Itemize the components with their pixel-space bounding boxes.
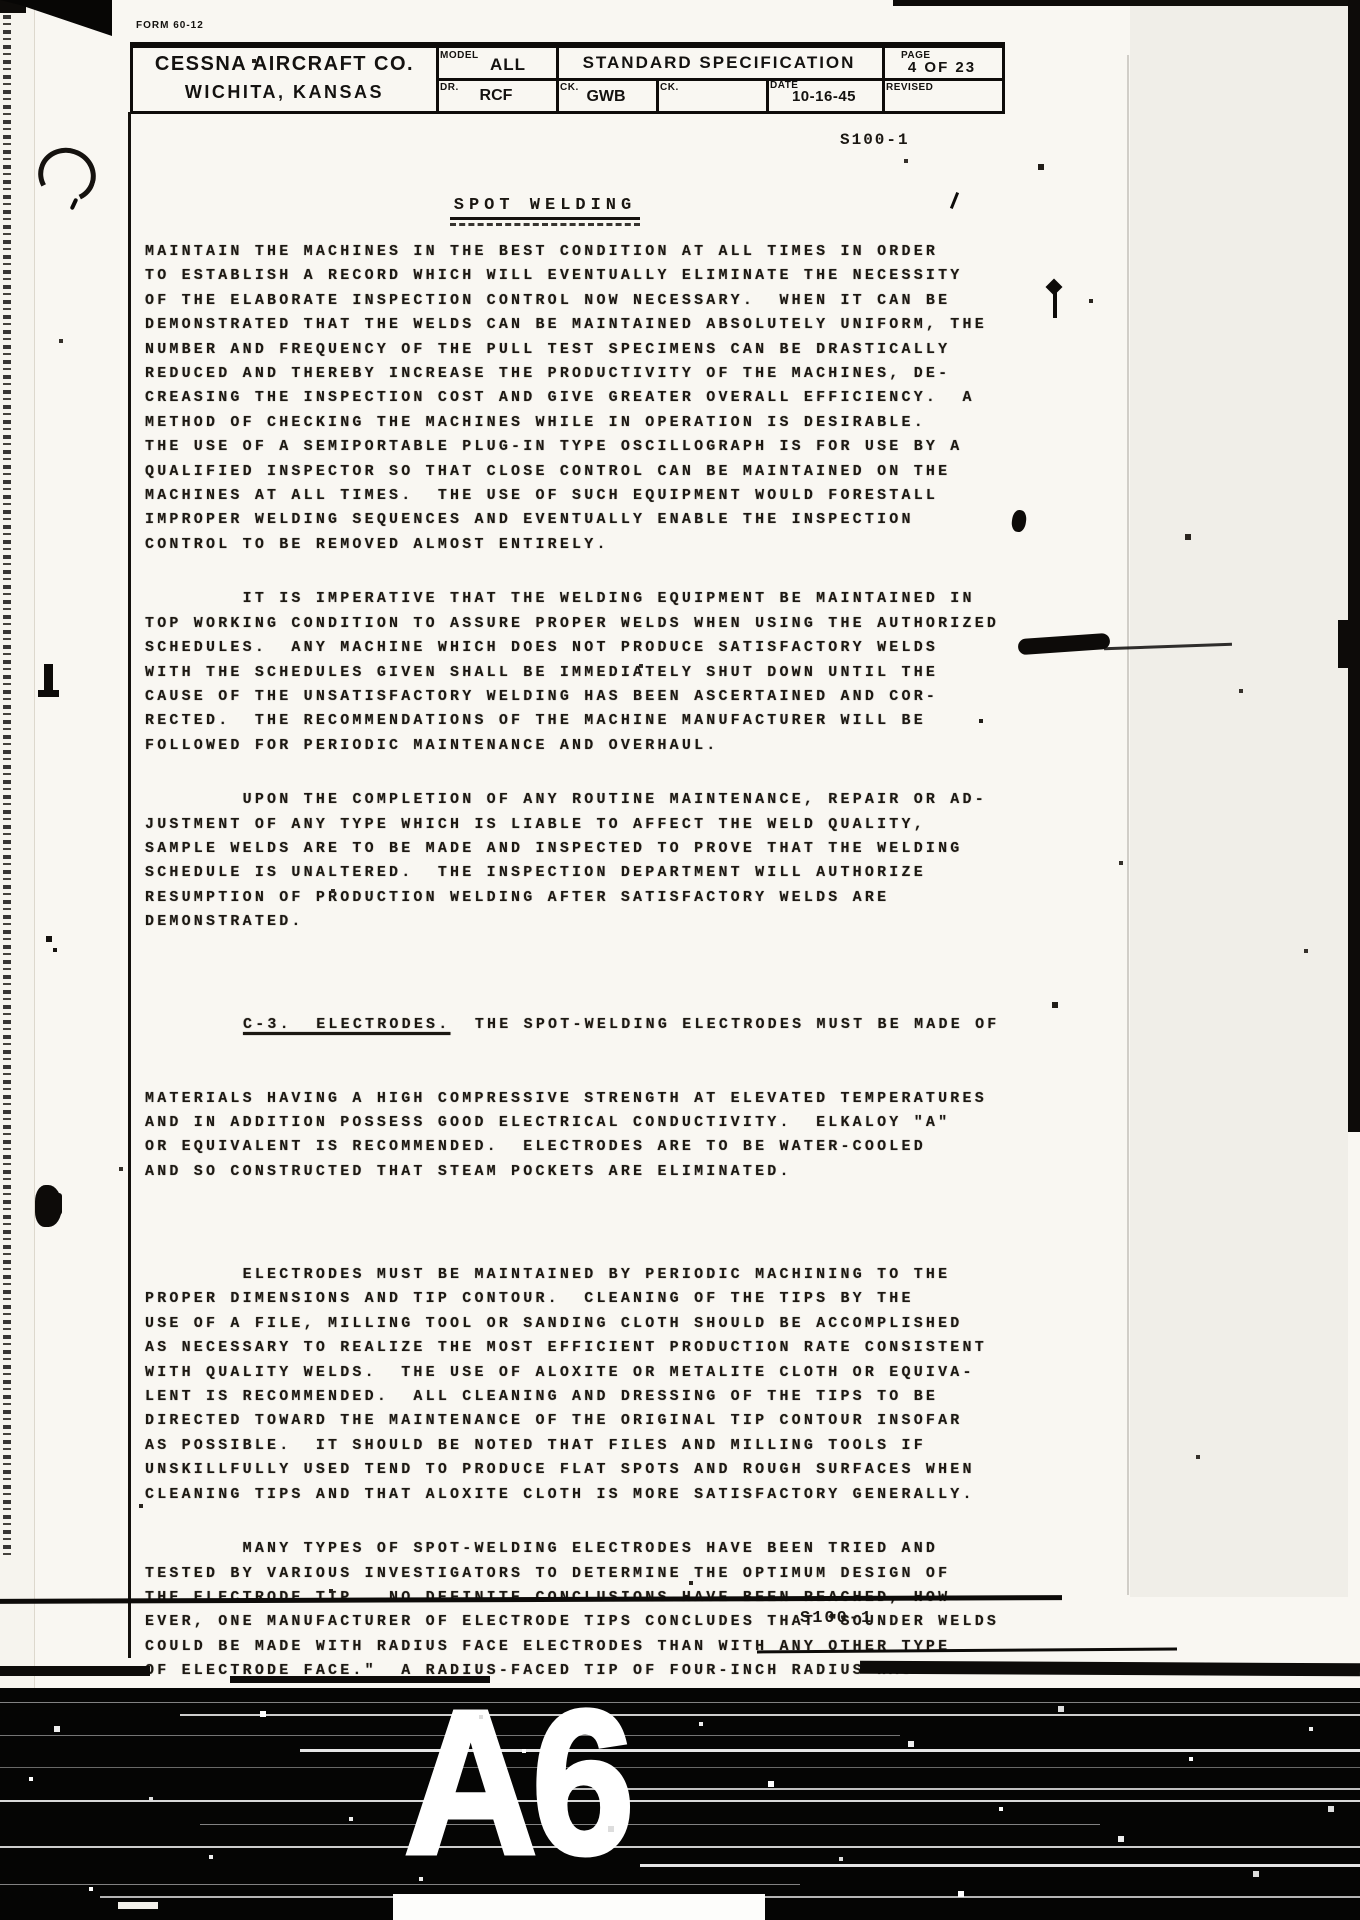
spec-number-top: S100-1 (840, 131, 910, 149)
c3-heading: C-3. ELECTRODES. (243, 1016, 450, 1033)
reel-stamp: A6 (404, 1688, 629, 1885)
ink-blot (35, 1185, 62, 1227)
edge-data-marks (3, 0, 11, 1560)
paper-fold-line (1127, 55, 1129, 1595)
paragraph-c3-electrodes: C-3. ELECTRODES. THE SPOT-WELDING ELECTR… (145, 965, 1035, 1233)
c3-first-line-rest: THE SPOT-WELDING ELECTRODES MUST BE MADE… (450, 1016, 999, 1033)
film-defect (1338, 620, 1360, 668)
paragraph-electrode-maintenance: ELECTRODES MUST BE MAINTAINED BY PERIODI… (145, 1263, 1035, 1507)
scratch-line (0, 1702, 1360, 1703)
revised-label: REVISED (886, 82, 933, 93)
film-streak (860, 1661, 1360, 1677)
margin-pin-mark (1053, 292, 1057, 318)
scratch-line (180, 1714, 1360, 1716)
scratch-line (550, 1788, 1360, 1790)
document-title-wrap: SPOT WELDING (145, 196, 945, 226)
film-speckles (0, 1688, 2, 1690)
scratch-line (0, 1884, 800, 1885)
spec-number-bottom: S100-1 (800, 1609, 873, 1628)
c3-first-line: C-3. ELECTRODES. THE SPOT-WELDING ELECTR… (145, 1013, 1035, 1037)
scratch-line (0, 1846, 1360, 1848)
drafter-value: RCF (436, 87, 556, 105)
film-band: A6 (0, 1688, 1360, 1920)
table-rule (656, 78, 659, 111)
company-city: WICHITA, KANSAS (133, 82, 436, 103)
checker1-value: GWB (556, 88, 656, 106)
paper-speckles (0, 0, 2, 2)
date-value: 10-16-45 (766, 88, 882, 105)
paragraph-maintain-machines: MAINTAIN THE MACHINES IN THE BEST CONDIT… (145, 240, 1035, 557)
model-value: ALL (463, 55, 553, 75)
scratch-line (0, 1735, 900, 1736)
ink-blot (44, 664, 53, 694)
document-title: SPOT WELDING (450, 196, 640, 220)
edge-data-marks (17, 0, 27, 1500)
company-name: CESSNA AIRCRAFT CO. (133, 53, 436, 76)
scanned-document-page: FORM 60-12 CESSNA AIRCRAFT CO. WICHITA, … (0, 0, 1360, 1920)
title-underline-dashes (450, 223, 640, 226)
microfilm-edge-strip (0, 0, 35, 1692)
left-margin-rule (128, 112, 131, 1658)
film-edge-right (1348, 0, 1360, 1132)
margin-shading (1130, 0, 1348, 1597)
film-frame-gap (393, 1894, 765, 1920)
film-streak (0, 1666, 150, 1676)
table-rule (436, 78, 1002, 81)
spec-title: STANDARD SPECIFICATION (556, 53, 882, 73)
typed-body: MAINTAIN THE MACHINES IN THE BEST CONDIT… (145, 240, 1035, 1738)
scratch-line (0, 1767, 1360, 1768)
scratch-line (300, 1749, 1360, 1752)
c3-body-lines: MATERIALS HAVING A HIGH COMPRESSIVE STRE… (145, 1087, 1035, 1185)
film-frame-gap (118, 1902, 158, 1909)
checker2-label: CK. (660, 82, 679, 93)
form-number: FORM 60-12 (136, 20, 204, 31)
scratch-line (0, 1800, 1360, 1802)
scratch-line (640, 1864, 1360, 1867)
paragraph-imperative: IT IS IMPERATIVE THAT THE WELDING EQUIPM… (145, 587, 1035, 758)
page-value: 4 OF 23 (883, 59, 1001, 76)
scratch-line (200, 1824, 1100, 1825)
title-block-table: CESSNA AIRCRAFT CO. WICHITA, KANSAS MODE… (130, 42, 1005, 114)
film-streak (230, 1676, 490, 1683)
paragraph-routine-maintenance: UPON THE COMPLETION OF ANY ROUTINE MAINT… (145, 788, 1035, 934)
